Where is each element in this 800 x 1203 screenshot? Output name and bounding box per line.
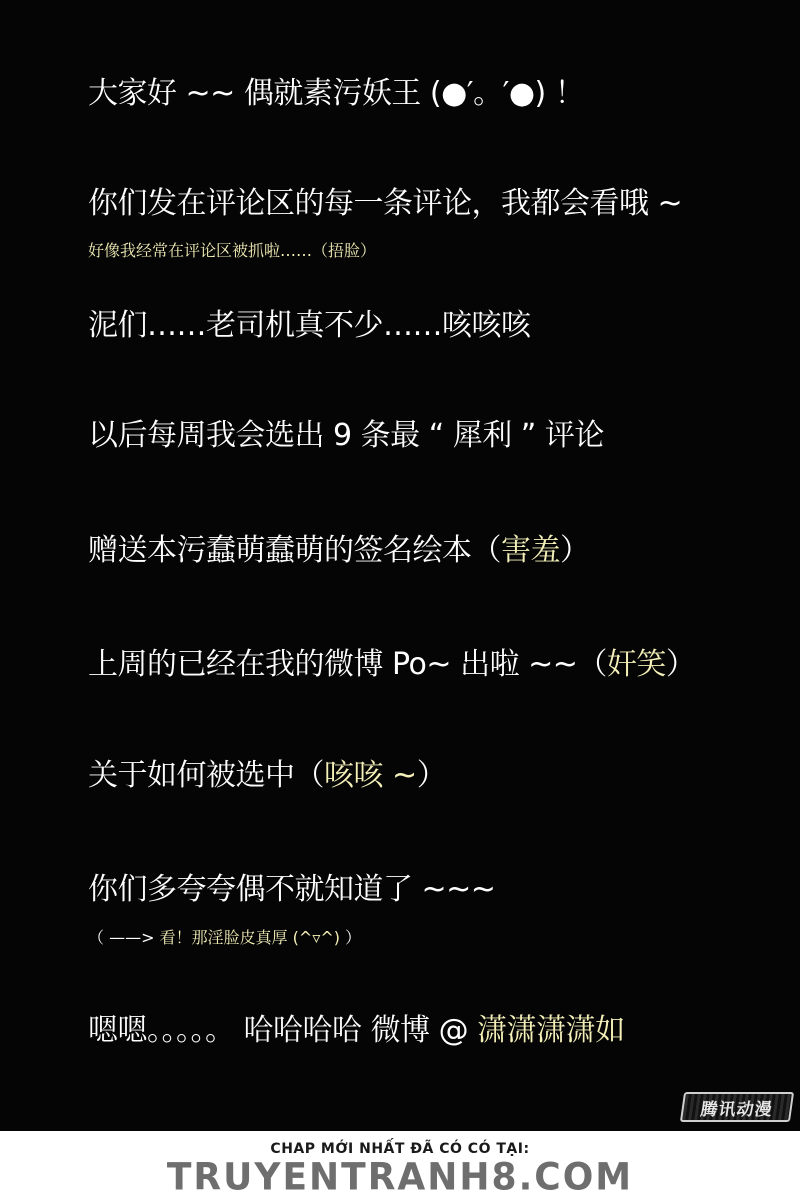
weibo-handle-name: 潇潇潇潇如 <box>477 1013 625 1048</box>
weibo-post-text: 上周的已经在我的微博 Po~ 出啦 ~~（ <box>88 647 607 682</box>
weibo-handle-text: 嗯嗯。。。。。 哈哈哈哈 微博 @ <box>88 1013 477 1048</box>
how-selected-tail: ） <box>417 758 447 793</box>
footer-banner: CHAP MỚI NHẤT ĐÃ CÓ CÓ TẠI: TRUYENTRANH8… <box>0 1131 800 1203</box>
weibo-post-highlight: 奸笑 <box>607 647 666 682</box>
praise-text: 你们多夸夸偶不就知道了 ~~~ <box>88 872 495 907</box>
praise-subnote: （ ——> 看！那淫脸皮真厚 (^▿^) ） <box>88 928 361 948</box>
gift-text: 赠送本污蠢萌蠢萌的签名绘本（ <box>88 533 501 568</box>
watermark-label: 腾讯动漫 <box>699 1095 775 1120</box>
comments-subnote-text: 好像我经常在评论区被抓啦……（捂脸） <box>88 241 376 260</box>
greeting-line: 大家好 ~~ 偶就素污妖王 (●′。′●) ！ <box>88 76 584 112</box>
praise-subnote-text: 看！那淫脸皮真厚 (^▿^) <box>160 928 340 947</box>
footer-tagline: CHAP MỚI NHẤT ĐÃ CÓ CÓ TẠI: <box>0 1141 800 1157</box>
weibo-handle-line: 嗯嗯。。。。。 哈哈哈哈 微博 @ 潇潇潇潇如 <box>88 1013 625 1049</box>
comic-panel: 大家好 ~~ 偶就素污妖王 (●′。′●) ！ 你们发在评论区的每一条评论，我都… <box>0 0 800 1131</box>
drivers-text: 泥们……老司机真不少……咳咳咳 <box>88 308 531 343</box>
weekly-pick-line: 以后每周我会选出 9 条最 “ 犀利 ” 评论 <box>88 418 604 454</box>
weibo-post-line: 上周的已经在我的微博 Po~ 出啦 ~~（奸笑） <box>88 647 695 683</box>
gift-tail: ） <box>560 533 590 568</box>
tencent-comic-watermark-logo: 腾讯动漫 <box>680 1092 794 1122</box>
gift-highlight: 害羞 <box>501 533 560 568</box>
how-selected-text: 关于如何被选中（ <box>88 758 324 793</box>
how-selected-line: 关于如何被选中（咳咳 ~） <box>88 758 446 794</box>
how-selected-highlight: 咳咳 ~ <box>324 758 417 793</box>
comments-subnote: 好像我经常在评论区被抓啦……（捂脸） <box>88 241 376 261</box>
footer-site-link[interactable]: TRUYENTRANH8.COM <box>0 1156 800 1199</box>
drivers-line: 泥们……老司机真不少……咳咳咳 <box>88 308 531 344</box>
weibo-post-tail: ） <box>666 647 696 682</box>
comments-line: 你们发在评论区的每一条评论，我都会看哦 ~ <box>88 186 682 222</box>
praise-subnote-open: （ ——> <box>88 928 160 947</box>
greeting-text: 大家好 ~~ 偶就素污妖王 (●′。′●) ！ <box>88 76 584 111</box>
gift-line: 赠送本污蠢萌蠢萌的签名绘本（害羞） <box>88 533 590 569</box>
comments-text: 你们发在评论区的每一条评论，我都会看哦 ~ <box>88 186 682 221</box>
praise-line: 你们多夸夸偶不就知道了 ~~~ <box>88 872 495 908</box>
praise-subnote-close: ） <box>340 928 361 947</box>
weekly-pick-text: 以后每周我会选出 9 条最 “ 犀利 ” 评论 <box>88 418 604 453</box>
